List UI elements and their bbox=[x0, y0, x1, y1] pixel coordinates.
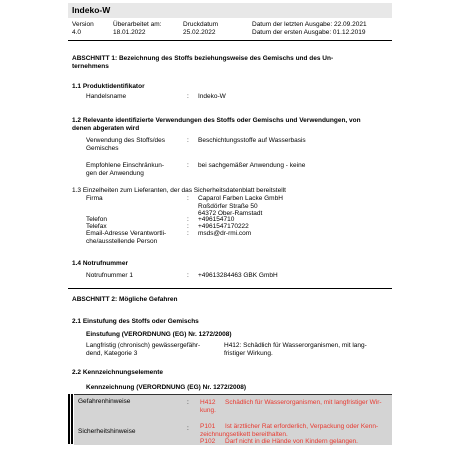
hazard-statements-label: Gefahrenhinweise bbox=[78, 398, 130, 406]
section-2-1-heading: 2.1 Einstufung des Stoffs oder Gemischs bbox=[72, 318, 199, 326]
field-colon: : bbox=[187, 272, 189, 280]
field-colon: : bbox=[187, 399, 189, 407]
labelling-table: Gefahrenhinweise : H412Schädlich für Was… bbox=[68, 394, 392, 444]
classification-category: Langfristig (chronisch) gewässergefähr- … bbox=[86, 342, 200, 357]
printdate-label: Druckdatum bbox=[183, 21, 218, 29]
field-value: msds@dr-rmi.com bbox=[198, 230, 251, 238]
revision-meta-table: Version 4.0 Überarbeitet am: 18.01.2022 … bbox=[68, 21, 392, 39]
last-issue-date: Datum der letzten Ausgabe: 22.09.2021 bbox=[252, 21, 367, 29]
section-1-1-heading: 1.1 Produktidentifikator bbox=[72, 83, 145, 91]
version-value: 4.0 bbox=[72, 29, 94, 37]
section-1-heading: ABSCHNITT 1: Bezeichnung des Stoffs bezi… bbox=[72, 55, 333, 71]
field-label: Notrufnummer 1 bbox=[86, 272, 133, 280]
issue-dates-column: Datum der letzten Ausgabe: 22.09.2021 Da… bbox=[252, 21, 367, 36]
change-marker-bars bbox=[68, 394, 73, 444]
field-value: bei sachgemäßer Anwendung - keine bbox=[198, 162, 305, 170]
field-value: +49613284463 GBK GmbH bbox=[198, 272, 278, 280]
section-2-heading: ABSCHNITT 2: Mögliche Gefahren bbox=[72, 296, 177, 304]
precautionary-code: P102 bbox=[200, 438, 225, 446]
hazard-statements-content: H412Schädlich für Wasserorganismen, mit … bbox=[200, 399, 382, 414]
revised-column: Überarbeitet am: 18.01.2022 bbox=[113, 21, 161, 36]
kennzeichnung-subheading: Kennzeichnung (VERORDNUNG (EG) Nr. 1272/… bbox=[86, 384, 246, 392]
field-label: Empfohlene Einschränkun- gen der Anwendu… bbox=[86, 162, 164, 177]
precautionary-statement-line: zeichnungsetikett bereithalten. bbox=[200, 431, 378, 439]
field-value: Indeko-W bbox=[198, 93, 226, 101]
printdate-column: Druckdatum 25.02.2022 bbox=[183, 21, 218, 36]
revised-value: 18.01.2022 bbox=[113, 29, 161, 37]
document-body: Indeko-W Version 4.0 Überarbeitet am: 18… bbox=[68, 0, 392, 450]
field-label: Email-Adresse Verantwortli- che/ausstell… bbox=[86, 230, 166, 245]
precautionary-code: P101 bbox=[200, 423, 225, 431]
printdate-value: 25.02.2022 bbox=[183, 29, 218, 37]
field-label: Verwendung des Stoffs/des Gemisches bbox=[86, 137, 165, 152]
company-street: Roßdörfer Straße 50 bbox=[198, 203, 283, 211]
company-name: Caparol Farben Lacke GmbH bbox=[198, 195, 283, 203]
sds-document-page: Indeko-W Version 4.0 Überarbeitet am: 18… bbox=[0, 0, 450, 450]
precautionary-statements-label: Sicherheitshinweise bbox=[78, 428, 135, 436]
version-column: Version 4.0 bbox=[72, 21, 94, 36]
section-1-2-heading: 1.2 Relevante identifizierte Verwendunge… bbox=[72, 117, 361, 133]
field-colon: : bbox=[187, 162, 189, 170]
version-label: Version bbox=[72, 21, 94, 29]
precautionary-statements-content: P101Ist ärztlicher Rat erforderlich, Ver… bbox=[200, 423, 378, 446]
hazard-statement-line: kung. bbox=[200, 407, 382, 415]
hazard-code: H412 bbox=[200, 399, 225, 407]
section-divider bbox=[68, 288, 392, 289]
precautionary-statement-line: P102Darf nicht in die Hände von Kindern … bbox=[200, 438, 378, 446]
section-1-4-heading: 1.4 Notrufnummer bbox=[72, 260, 128, 268]
field-colon: : bbox=[187, 230, 189, 238]
field-value: Beschichtungsstoffe auf Wasserbasis bbox=[198, 137, 306, 145]
precautionary-statement-line: P101Ist ärztlicher Rat erforderlich, Ver… bbox=[200, 423, 378, 431]
document-title: Indeko-W bbox=[72, 3, 110, 18]
classification-hazard-statement: H412: Schädlich für Wasserorganismen, mi… bbox=[224, 342, 367, 357]
section-2-2-heading: 2.2 Kennzeichnungselemente bbox=[72, 369, 163, 377]
field-colon: : bbox=[187, 137, 189, 145]
section-1-3-heading: 1.3 Einzelheiten zum Lieferanten, der da… bbox=[72, 187, 286, 195]
field-colon: : bbox=[187, 425, 189, 433]
einstufung-subheading: Einstufung (VERORDNUNG (EG) Nr. 1272/200… bbox=[86, 331, 232, 339]
field-colon: : bbox=[187, 93, 189, 101]
first-issue-date: Datum der ersten Ausgabe: 01.12.2019 bbox=[252, 29, 367, 37]
revised-label: Überarbeitet am: bbox=[113, 21, 161, 29]
field-label: Firma bbox=[86, 195, 103, 203]
field-value: Caparol Farben Lacke GmbH Roßdörfer Stra… bbox=[198, 195, 283, 218]
header-divider bbox=[68, 40, 392, 41]
field-label: Handelsname bbox=[86, 93, 126, 101]
document-title-bar: Indeko-W bbox=[68, 3, 392, 18]
field-colon: : bbox=[187, 195, 189, 203]
hazard-statement-line: H412Schädlich für Wasserorganismen, mit … bbox=[200, 399, 382, 407]
